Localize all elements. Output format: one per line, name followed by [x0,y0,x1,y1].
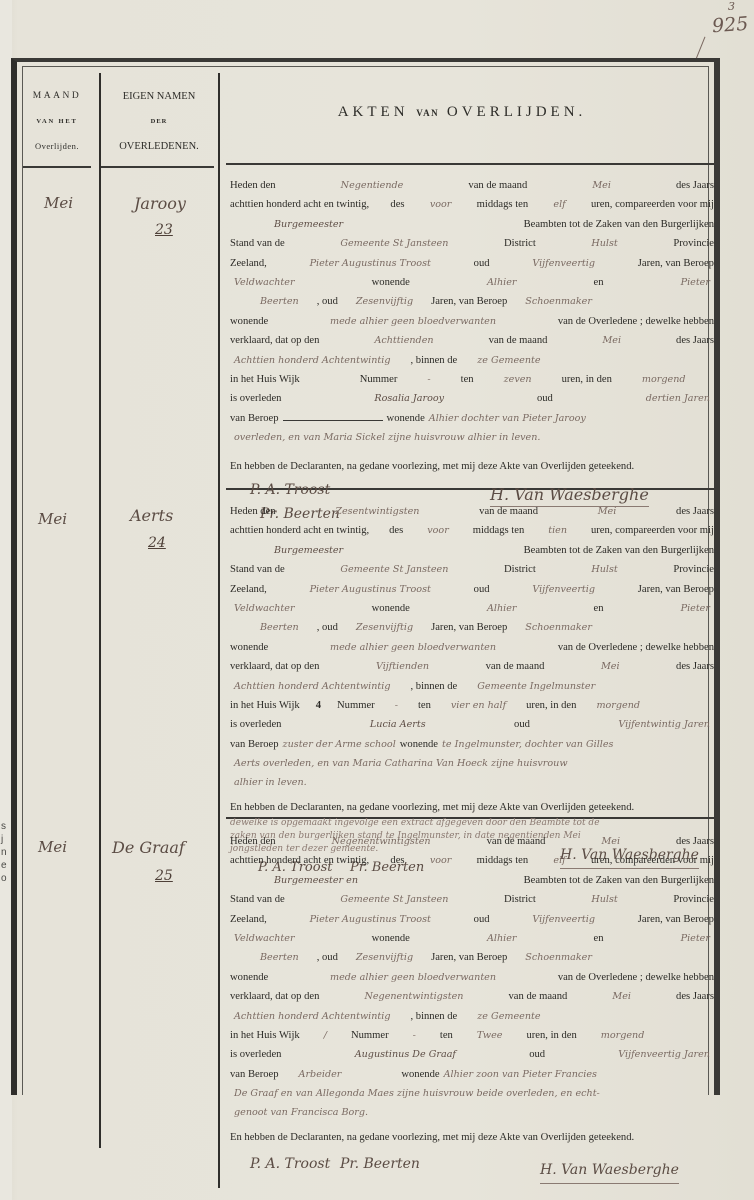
form-oud: oud [537,389,553,408]
records-0-deceased-age: dertien Jaren [642,389,714,408]
records-2-declarant2-residence: mede alhier geen bloedverwanten [326,968,500,987]
header-names-column: EIGEN NAMEN DER OVERLEDENEN. [101,84,217,159]
header-month-line1: MAAND [18,84,96,109]
form-comma-oud: , oud [317,948,338,967]
records-1-deceased-residence: te Ingelmunster, dochter van Gilles [438,735,617,754]
form-van-beroep: van Beroep [230,735,279,754]
records-0-district: Hulst [587,234,621,253]
form-verklaard: verklaard, dat op den [230,331,319,350]
form-achttien: achttien honderd acht en twintig, [230,521,369,540]
form-nummer: Nummer [360,370,398,389]
form-wonende: wonende [230,638,268,657]
form-wonende: wonende [230,312,268,331]
form-ten: ten [418,696,431,715]
records-0-death-place: ze Gemeente [473,351,544,370]
records-1-death-daypart: morgend [592,696,644,715]
records-2-declarant2-age: Zesenvijftig [352,948,417,967]
records-0-voor-na: voor [426,195,456,214]
form-van-beroep: van Beroep [230,1065,279,1084]
form-van-de-overledene: van de Overledene ; dewelke hebben [558,638,714,657]
form-district: District [504,234,536,253]
form-beambten: Beambten tot de Zaken van den Burgerlijk… [524,541,714,560]
form-van-de-maand: van de maand [509,987,568,1006]
form-jaren-beroep: Jaren, van Beroep [638,910,714,929]
records-1-huis-wijk: 4 [316,696,321,715]
header-month-column: MAAND VAN HET Overlijden. [18,84,96,159]
records-1-district: Hulst [587,560,621,579]
records-1-death-year: Achttien honderd Achtentwintig [230,677,394,696]
record-1-month: Mei [44,194,73,212]
form-is-overleden: is overleden [230,1045,281,1064]
form-des-jaars: des Jaars [676,176,714,195]
header-title-part1: AKTEN [338,104,409,120]
form-van-de-maand: van de maand [489,331,548,350]
records-1-death-month: Mei [597,657,624,676]
adjacent-page-bleed: s j n e o [1,820,10,885]
blank-occupation-rule [283,413,383,421]
record-2-surname: Aerts [130,506,173,525]
records-1-declarant1-occupation: Veldwachter [230,599,299,618]
form-binnen-de: , binnen de [410,351,457,370]
header-title-part3: OVERLIJDEN. [447,104,586,120]
records-2-death-daypart: morgend [597,1026,649,1045]
records-0-declarant2-last: Beerten [230,292,303,311]
records-1-declarant2-last: Beerten [230,618,303,637]
form-achttien: achttien honderd acht en twintig, [230,195,369,214]
records-0-death-hour: zeven [500,370,536,389]
header-names-line1: EIGEN NAMEN [101,84,217,109]
record-3-month: Mei [38,838,67,856]
form-des-jaars: des Jaars [676,502,714,521]
form-district: District [504,560,536,579]
form-stand: Stand van de [230,890,285,909]
records-0-declarant1-name: Pieter Augustinus Troost [306,254,435,273]
form-en: en [594,599,604,618]
column-divider-month [99,73,101,1148]
records-0-declarant2-residence: mede alhier geen bloedverwanten [326,312,500,331]
page-left-margin-bleed-4: o [1,872,10,885]
record-3-day: Negenentwintigsten [328,832,435,851]
records-2-death-year: Achttien honderd Achtentwintig [230,1007,394,1026]
separator-names-1 [101,166,214,168]
form-district: District [504,890,536,909]
form-en: en [594,273,604,292]
form-binnen-de: , binnen de [410,677,457,696]
form-jaren-beroep: Jaren, van Beroep [638,580,714,599]
death-record-1: Heden denNegentiendevan de maandMeides J… [230,176,714,529]
records-0-nummer: - [423,370,434,389]
form-van-de-maand: van de maand [487,832,546,851]
form-van-de-maand: van de maand [486,657,545,676]
records-1-death-day: Vijftienden [372,657,433,676]
records-1-continuation2: alhier in leven. [230,773,311,792]
form-is-overleden: is overleden [230,715,281,734]
records-1-deceased-occupation: zuster der Arme school [279,735,400,754]
records-0-declarant2-first: Pieter [677,273,714,292]
records-1-continuation: Aerts overleden, en van Maria Catharina … [230,754,572,773]
record-1-closing: En hebben de Declaranten, na gedane voor… [230,457,714,476]
records-0-declarant2-occupation: Schoenmaker [521,292,596,311]
form-middags-ten: middags ten [477,195,529,214]
records-2-declarant1-age: Vijfenveertig [528,910,599,929]
form-van-de-maand: van de maand [468,176,527,195]
records-0-death-month: Mei [598,331,625,350]
form-wonende: wonende [400,735,438,754]
records-2-deceased-occupation: Arbeider [279,1065,402,1084]
record-3-deceased-name: Augustinus De Graaf [351,1045,460,1064]
records-2-death-day: Negenentwintigsten [360,987,467,1006]
records-0-deceased-residence: Alhier dochter van Pieter Jarooy [425,409,590,428]
records-1-declarant1-residence: Alhier [483,599,521,618]
records-1-death-hour: vier en half [447,696,510,715]
form-is-overleden: is overleden [230,389,281,408]
records-2-declarant2-last: Beerten [230,948,303,967]
records-2-declarant2-first: Pieter [677,929,714,948]
record-1-number: 23 [155,222,173,238]
death-record-2: Heden denZesentwintigstenvan de maandMei… [230,502,714,886]
separator-record-1 [226,163,714,165]
form-jaren-beroep: Jaren, van Beroep [431,948,507,967]
records-0-declarant1-residence: Alhier [483,273,521,292]
form-zeeland: Zeeland, [230,910,267,929]
records-2-district: Hulst [587,890,621,909]
records-2-continuation: De Graaf en van Allegonda Maes zijne hui… [230,1084,604,1103]
records-0-declarant1-age: Vijfenveertig [528,254,599,273]
form-des-jaars: des Jaars [676,657,714,676]
form-ten: ten [461,370,474,389]
form-oud: oud [474,580,490,599]
form-provincie: Provincie [673,234,714,253]
form-middags-ten: middags ten [477,851,529,870]
records-2-nummer: - [409,1026,420,1045]
records-1-hour: tien [544,521,571,540]
record-1-day: Negentiende [337,176,408,195]
records-2-declarant1-name: Pieter Augustinus Troost [306,910,435,929]
record-2-number: 24 [148,535,166,551]
records-0-official-title: Burgemeester [230,215,347,234]
record-2-closing: En hebben de Declaranten, na gedane voor… [230,798,714,817]
form-comma-oud: , oud [317,292,338,311]
form-beambten: Beambten tot de Zaken van den Burgerlijk… [524,215,714,234]
records-1-declarant2-residence: mede alhier geen bloedverwanten [326,638,500,657]
form-zeeland: Zeeland, [230,580,267,599]
form-wonende: wonende [372,929,410,948]
records-0-death-daypart: morgend [638,370,690,389]
record-1-deceased-name: Rosalia Jarooy [370,389,448,408]
form-uren-comp: uren, compareerden voor mij [591,195,714,214]
records-2-declarant2-occupation: Schoenmaker [521,948,596,967]
records-2-death-hour: Twee [473,1026,507,1045]
column-divider-names [218,73,220,1188]
record-3-signatures: P. A. Troost Pr. Beerten H. Van Waesberg… [230,1147,714,1199]
records-0-declarant1-occupation: Veldwachter [230,273,299,292]
separator-month-1 [23,166,91,168]
form-van-de-maand: van de maand [479,502,538,521]
records-0-gemeente: Gemeente St Jansteen [336,234,452,253]
form-verklaard: verklaard, dat op den [230,657,319,676]
records-0-hour: elf [549,195,569,214]
form-heden-den: Heden den [230,502,276,521]
form-wonende: wonende [387,409,425,428]
form-des: des [390,195,404,214]
records-2-declarant1-residence: Alhier [483,929,521,948]
page-left-margin-bleed-0: s [1,820,10,833]
signature-declarant-1: P. A. Troost [250,481,330,500]
form-oud: oud [529,1045,545,1064]
form-beambten: Beambten tot de Zaken van den Burgerlijk… [524,871,714,890]
form-wonende: wonende [401,1065,439,1084]
form-jaren-beroep: Jaren, van Beroep [431,292,507,311]
form-des-jaars: des Jaars [676,832,714,851]
records-1-voor-na: voor [423,521,453,540]
page-left-margin-bleed-1: j [1,833,10,846]
record-2-day: Zesentwintigsten [331,502,423,521]
records-0-month-written: Mei [588,176,615,195]
form-jaren-beroep: Jaren, van Beroep [638,254,714,273]
form-des-jaars: des Jaars [676,331,714,350]
form-uren-in-den: uren, in den [526,1026,576,1045]
records-2-deceased-residence: Alhier zoon van Pieter Francies [440,1065,601,1084]
death-record-3: Heden denNegenentwintigstenvan de maandM… [230,832,714,1199]
records-2-huis-wijk: / [320,1026,331,1045]
records-2-death-place: ze Gemeente [473,1007,544,1026]
record-2-deceased-name: Lucia Aerts [366,715,430,734]
form-provincie: Provincie [673,560,714,579]
signature-declarant-1: P. A. Troost [250,1155,330,1174]
records-1-death-place: Gemeente Ingelmunster [473,677,599,696]
form-comma-oud: , oud [317,618,338,637]
records-2-official-title: Burgemeester en [230,871,362,890]
form-stand: Stand van de [230,234,285,253]
form-stand: Stand van de [230,560,285,579]
records-2-voor-na: voor [426,851,456,870]
form-heden-den: Heden den [230,176,276,195]
form-uren-in-den: uren, in den [562,370,612,389]
records-2-hour: elf [549,851,569,870]
records-2-deceased-age: Vijfenveertig Jaren [614,1045,714,1064]
form-huis-wijk: in het Huis Wijk [230,370,300,389]
form-uren-in-den: uren, in den [526,696,576,715]
signature-declarant-2: Pr. Beerten [340,1155,420,1174]
form-van-de-overledene: van de Overledene ; dewelke hebben [558,968,714,987]
record-1-surname: Jarooy [134,194,186,213]
form-achttien: achttien honderd acht en twintig, [230,851,369,870]
form-van-beroep: van Beroep [230,409,279,428]
form-des-jaars: des Jaars [676,987,714,1006]
records-1-declarant2-age: Zesenvijftig [352,618,417,637]
form-uren-comp: uren, compareerden voor mij [591,521,714,540]
form-des: des [390,851,404,870]
page-title: AKTEN VAN OVERLIJDEN. [222,104,702,121]
record-3-closing: En hebben de Declaranten, na gedane voor… [230,1128,714,1147]
record-3-surname: De Graaf [112,838,185,857]
records-1-month-written: Mei [594,502,621,521]
form-uren-comp: uren, compareerden voor mij [591,851,714,870]
record-3-number: 25 [155,868,173,884]
form-van-de-overledene: van de Overledene ; dewelke hebben [558,312,714,331]
records-0-death-year: Achttien honderd Achtentwintig [230,351,394,370]
signature-official: H. Van Waesberghe [540,1161,679,1183]
form-oud: oud [474,254,490,273]
records-1-declarant2-occupation: Schoenmaker [521,618,596,637]
records-1-deceased-age: Vijfentwintig Jaren [614,715,714,734]
form-wonende: wonende [372,599,410,618]
form-middags-ten: middags ten [473,521,525,540]
records-2-declarant1-occupation: Veldwachter [230,929,299,948]
header-names-line2: DER [101,109,217,134]
page-left-margin-bleed-2: n [1,846,10,859]
records-0-continuation: overleden, en van Maria Sickel zijne hui… [230,428,544,447]
form-binnen-de: , binnen de [410,1007,457,1026]
header-names-line3: OVERLEDENEN. [101,134,217,159]
records-1-declarant2-first: Pieter [677,599,714,618]
form-jaren-beroep: Jaren, van Beroep [431,618,507,637]
records-2-death-month: Mei [608,987,635,1006]
records-2-month-written: Mei [597,832,624,851]
form-nummer: Nummer [337,696,375,715]
records-1-official-title: Burgemeester [230,541,347,560]
form-oud: oud [514,715,530,734]
header-month-line2: VAN HET [18,109,96,134]
folio-number: 925 [711,13,749,37]
page-left-margin-bleed-3: e [1,859,10,872]
form-des: des [389,521,403,540]
form-wonende: wonende [372,273,410,292]
form-verklaard: verklaard, dat op den [230,987,319,1006]
records-2-continuation2: genoot van Francisca Borg. [230,1103,372,1122]
record-2-month: Mei [38,510,67,528]
records-1-nummer: - [391,696,402,715]
folio-superscript: 3 [728,0,735,13]
header-title-part2: VAN [416,108,439,118]
records-2-gemeente: Gemeente St Jansteen [336,890,452,909]
form-wonende: wonende [230,968,268,987]
records-1-declarant1-name: Pieter Augustinus Troost [306,580,435,599]
form-huis-wijk: in het Huis Wijk [230,696,300,715]
form-ten: ten [440,1026,453,1045]
form-oud: oud [474,910,490,929]
records-0-death-day: Achttienden [370,331,437,350]
header-month-line3: Overlijden. [18,134,96,159]
form-heden-den: Heden den [230,832,276,851]
form-huis-wijk: in het Huis Wijk [230,1026,300,1045]
form-provincie: Provincie [673,890,714,909]
form-en: en [594,929,604,948]
records-1-gemeente: Gemeente St Jansteen [336,560,452,579]
form-nummer: Nummer [351,1026,389,1045]
records-1-annotation-0: dewelke is opgemaakt ingevolge een extra… [230,817,714,830]
form-zeeland: Zeeland, [230,254,267,273]
records-0-declarant2-age: Zesenvijftig [352,292,417,311]
records-1-declarant1-age: Vijfenveertig [528,580,599,599]
